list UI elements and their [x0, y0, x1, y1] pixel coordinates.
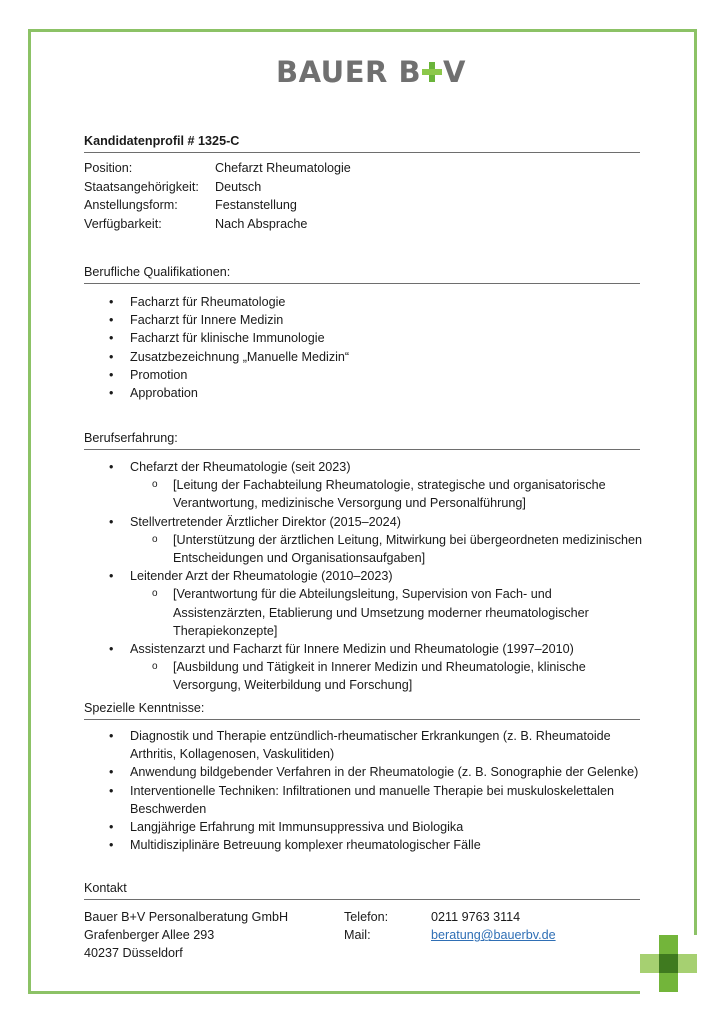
qualifications-list: •Facharzt für Rheumatologie•Facharzt für…: [84, 293, 644, 402]
experience-role: Chefarzt der Rheumatologie (seit 2023): [130, 460, 351, 474]
company-logo: BAUER B V: [276, 56, 466, 88]
list-item: •Diagnostik und Therapie entzündlich-rhe…: [84, 727, 644, 763]
profile-title: Kandidatenprofil # 1325-C: [84, 133, 640, 153]
list-item: •Langjährige Erfahrung mit Immunsuppress…: [84, 818, 644, 836]
skills-list: •Diagnostik und Therapie entzündlich-rhe…: [84, 727, 644, 854]
experience-detail-list: o[Verantwortung für die Abteilungsleitun…: [130, 585, 644, 640]
experience-detail: o[Ausbildung und Tätigkeit in Innerer Me…: [130, 658, 644, 694]
bullet-icon: •: [109, 458, 113, 476]
experience-item: •Chefarzt der Rheumatologie (seit 2023)o…: [84, 458, 644, 513]
bullet-icon: •: [109, 782, 113, 800]
contact-company: Bauer B+V Personalberatung GmbH: [84, 908, 288, 926]
frame-border-right: [694, 29, 697, 935]
bullet-icon: •: [109, 836, 113, 854]
experience-list: •Chefarzt der Rheumatologie (seit 2023)o…: [84, 458, 644, 695]
profile-field: Anstellungsform:Festanstellung: [84, 196, 297, 215]
list-item: •Anwendung bildgebender Verfahren in der…: [84, 763, 644, 781]
bullet-icon: •: [109, 311, 113, 329]
contact-labels: Telefon: Mail:: [344, 908, 388, 944]
experience-item: •Assistenzarzt und Facharzt für Innere M…: [84, 640, 644, 695]
bullet-icon: •: [109, 727, 113, 745]
experience-detail: o[Unterstützung der ärztlichen Leitung, …: [130, 531, 644, 567]
contact-street: Grafenberger Allee 293: [84, 926, 288, 944]
profile-field: Position:Chefarzt Rheumatologie: [84, 159, 351, 178]
experience-title: Berufserfahrung:: [84, 430, 640, 450]
bullet-icon: •: [109, 567, 113, 585]
list-item-text: Diagnostik und Therapie entzündlich-rheu…: [130, 729, 611, 761]
qualifications-title: Berufliche Qualifikationen:: [84, 264, 640, 284]
list-item: •Facharzt für Rheumatologie: [84, 293, 644, 311]
list-item: •Interventionelle Techniken: Infiltratio…: [84, 782, 644, 818]
bullet-icon: •: [109, 513, 113, 531]
circle-bullet-icon: o: [152, 658, 158, 676]
experience-role: Assistenzarzt und Facharzt für Innere Me…: [130, 642, 574, 656]
list-item: •Promotion: [84, 366, 644, 384]
mail-link[interactable]: beratung@bauerbv.de: [431, 928, 556, 942]
field-value: Festanstellung: [215, 198, 297, 212]
experience-detail-text: [Leitung der Fachabteilung Rheumatologie…: [173, 478, 606, 510]
mail-label: Mail:: [344, 926, 388, 944]
skills-title: Spezielle Kenntnisse:: [84, 700, 640, 720]
list-item-text: Langjährige Erfahrung mit Immunsuppressi…: [130, 820, 463, 834]
contact-city: 40237 Düsseldorf: [84, 944, 288, 962]
circle-bullet-icon: o: [152, 531, 158, 549]
bullet-icon: •: [109, 640, 113, 658]
experience-detail: o[Verantwortung für die Abteilungsleitun…: [130, 585, 644, 640]
experience-detail-text: [Unterstützung der ärztlichen Leitung, M…: [173, 533, 642, 565]
bullet-icon: •: [109, 818, 113, 836]
phone-label: Telefon:: [344, 908, 388, 926]
bullet-icon: •: [109, 763, 113, 781]
field-label: Anstellungsform:: [84, 196, 215, 215]
field-label: Verfügbarkeit:: [84, 215, 215, 234]
field-value: Nach Absprache: [215, 217, 307, 231]
list-item: •Facharzt für klinische Immunologie: [84, 329, 644, 347]
list-item-text: Multidisziplinäre Betreuung komplexer rh…: [130, 838, 481, 852]
list-item-text: Anwendung bildgebender Verfahren in der …: [130, 765, 638, 779]
experience-detail-list: o[Unterstützung der ärztlichen Leitung, …: [130, 531, 644, 567]
bullet-icon: •: [109, 366, 113, 384]
circle-bullet-icon: o: [152, 476, 158, 494]
list-item-text: Zusatzbezeichnung „Manuelle Medizin“: [130, 350, 349, 364]
experience-role: Stellvertretender Ärztlicher Direktor (2…: [130, 515, 401, 529]
contact-title: Kontakt: [84, 880, 640, 900]
bullet-icon: •: [109, 384, 113, 402]
list-item: •Multidisziplinäre Betreuung komplexer r…: [84, 836, 644, 854]
frame-border-top: [28, 29, 697, 32]
frame-border-left: [28, 29, 31, 994]
list-item: •Approbation: [84, 384, 644, 402]
field-label: Position:: [84, 159, 215, 178]
experience-detail-text: [Ausbildung und Tätigkeit in Innerer Med…: [173, 660, 586, 692]
experience-detail-list: o[Leitung der Fachabteilung Rheumatologi…: [130, 476, 644, 512]
profile-field: Staatsangehörigkeit:Deutsch: [84, 178, 261, 197]
list-item-text: Facharzt für klinische Immunologie: [130, 331, 325, 345]
experience-item: •Stellvertretender Ärztlicher Direktor (…: [84, 513, 644, 568]
experience-item: •Leitender Arzt der Rheumatologie (2010–…: [84, 567, 644, 640]
contact-address: Bauer B+V Personalberatung GmbH Grafenbe…: [84, 908, 288, 963]
field-value: Deutsch: [215, 180, 261, 194]
experience-detail-list: o[Ausbildung und Tätigkeit in Innerer Me…: [130, 658, 644, 694]
logo-text-right: V: [443, 55, 466, 89]
experience-detail-text: [Verantwortung für die Abteilungsleitung…: [173, 587, 589, 637]
list-item: •Zusatzbezeichnung „Manuelle Medizin“: [84, 348, 644, 366]
circle-bullet-icon: o: [152, 585, 158, 603]
plus-icon: [422, 62, 442, 82]
list-item-text: Facharzt für Innere Medizin: [130, 313, 283, 327]
logo-text-left: BAUER B: [276, 55, 421, 89]
experience-detail: o[Leitung der Fachabteilung Rheumatologi…: [130, 476, 644, 512]
list-item: •Facharzt für Innere Medizin: [84, 311, 644, 329]
list-item-text: Interventionelle Techniken: Infiltration…: [130, 784, 614, 816]
profile-field: Verfügbarkeit:Nach Absprache: [84, 215, 307, 234]
frame-border-bottom: [28, 991, 640, 994]
experience-role: Leitender Arzt der Rheumatologie (2010–2…: [130, 569, 393, 583]
bullet-icon: •: [109, 348, 113, 366]
field-label: Staatsangehörigkeit:: [84, 178, 215, 197]
bullet-icon: •: [109, 293, 113, 311]
phone-value: 0211 9763 3114: [431, 908, 556, 926]
bullet-icon: •: [109, 329, 113, 347]
contact-values: 0211 9763 3114 beratung@bauerbv.de: [431, 908, 556, 944]
list-item-text: Approbation: [130, 386, 198, 400]
field-value: Chefarzt Rheumatologie: [215, 161, 351, 175]
list-item-text: Facharzt für Rheumatologie: [130, 295, 285, 309]
list-item-text: Promotion: [130, 368, 187, 382]
